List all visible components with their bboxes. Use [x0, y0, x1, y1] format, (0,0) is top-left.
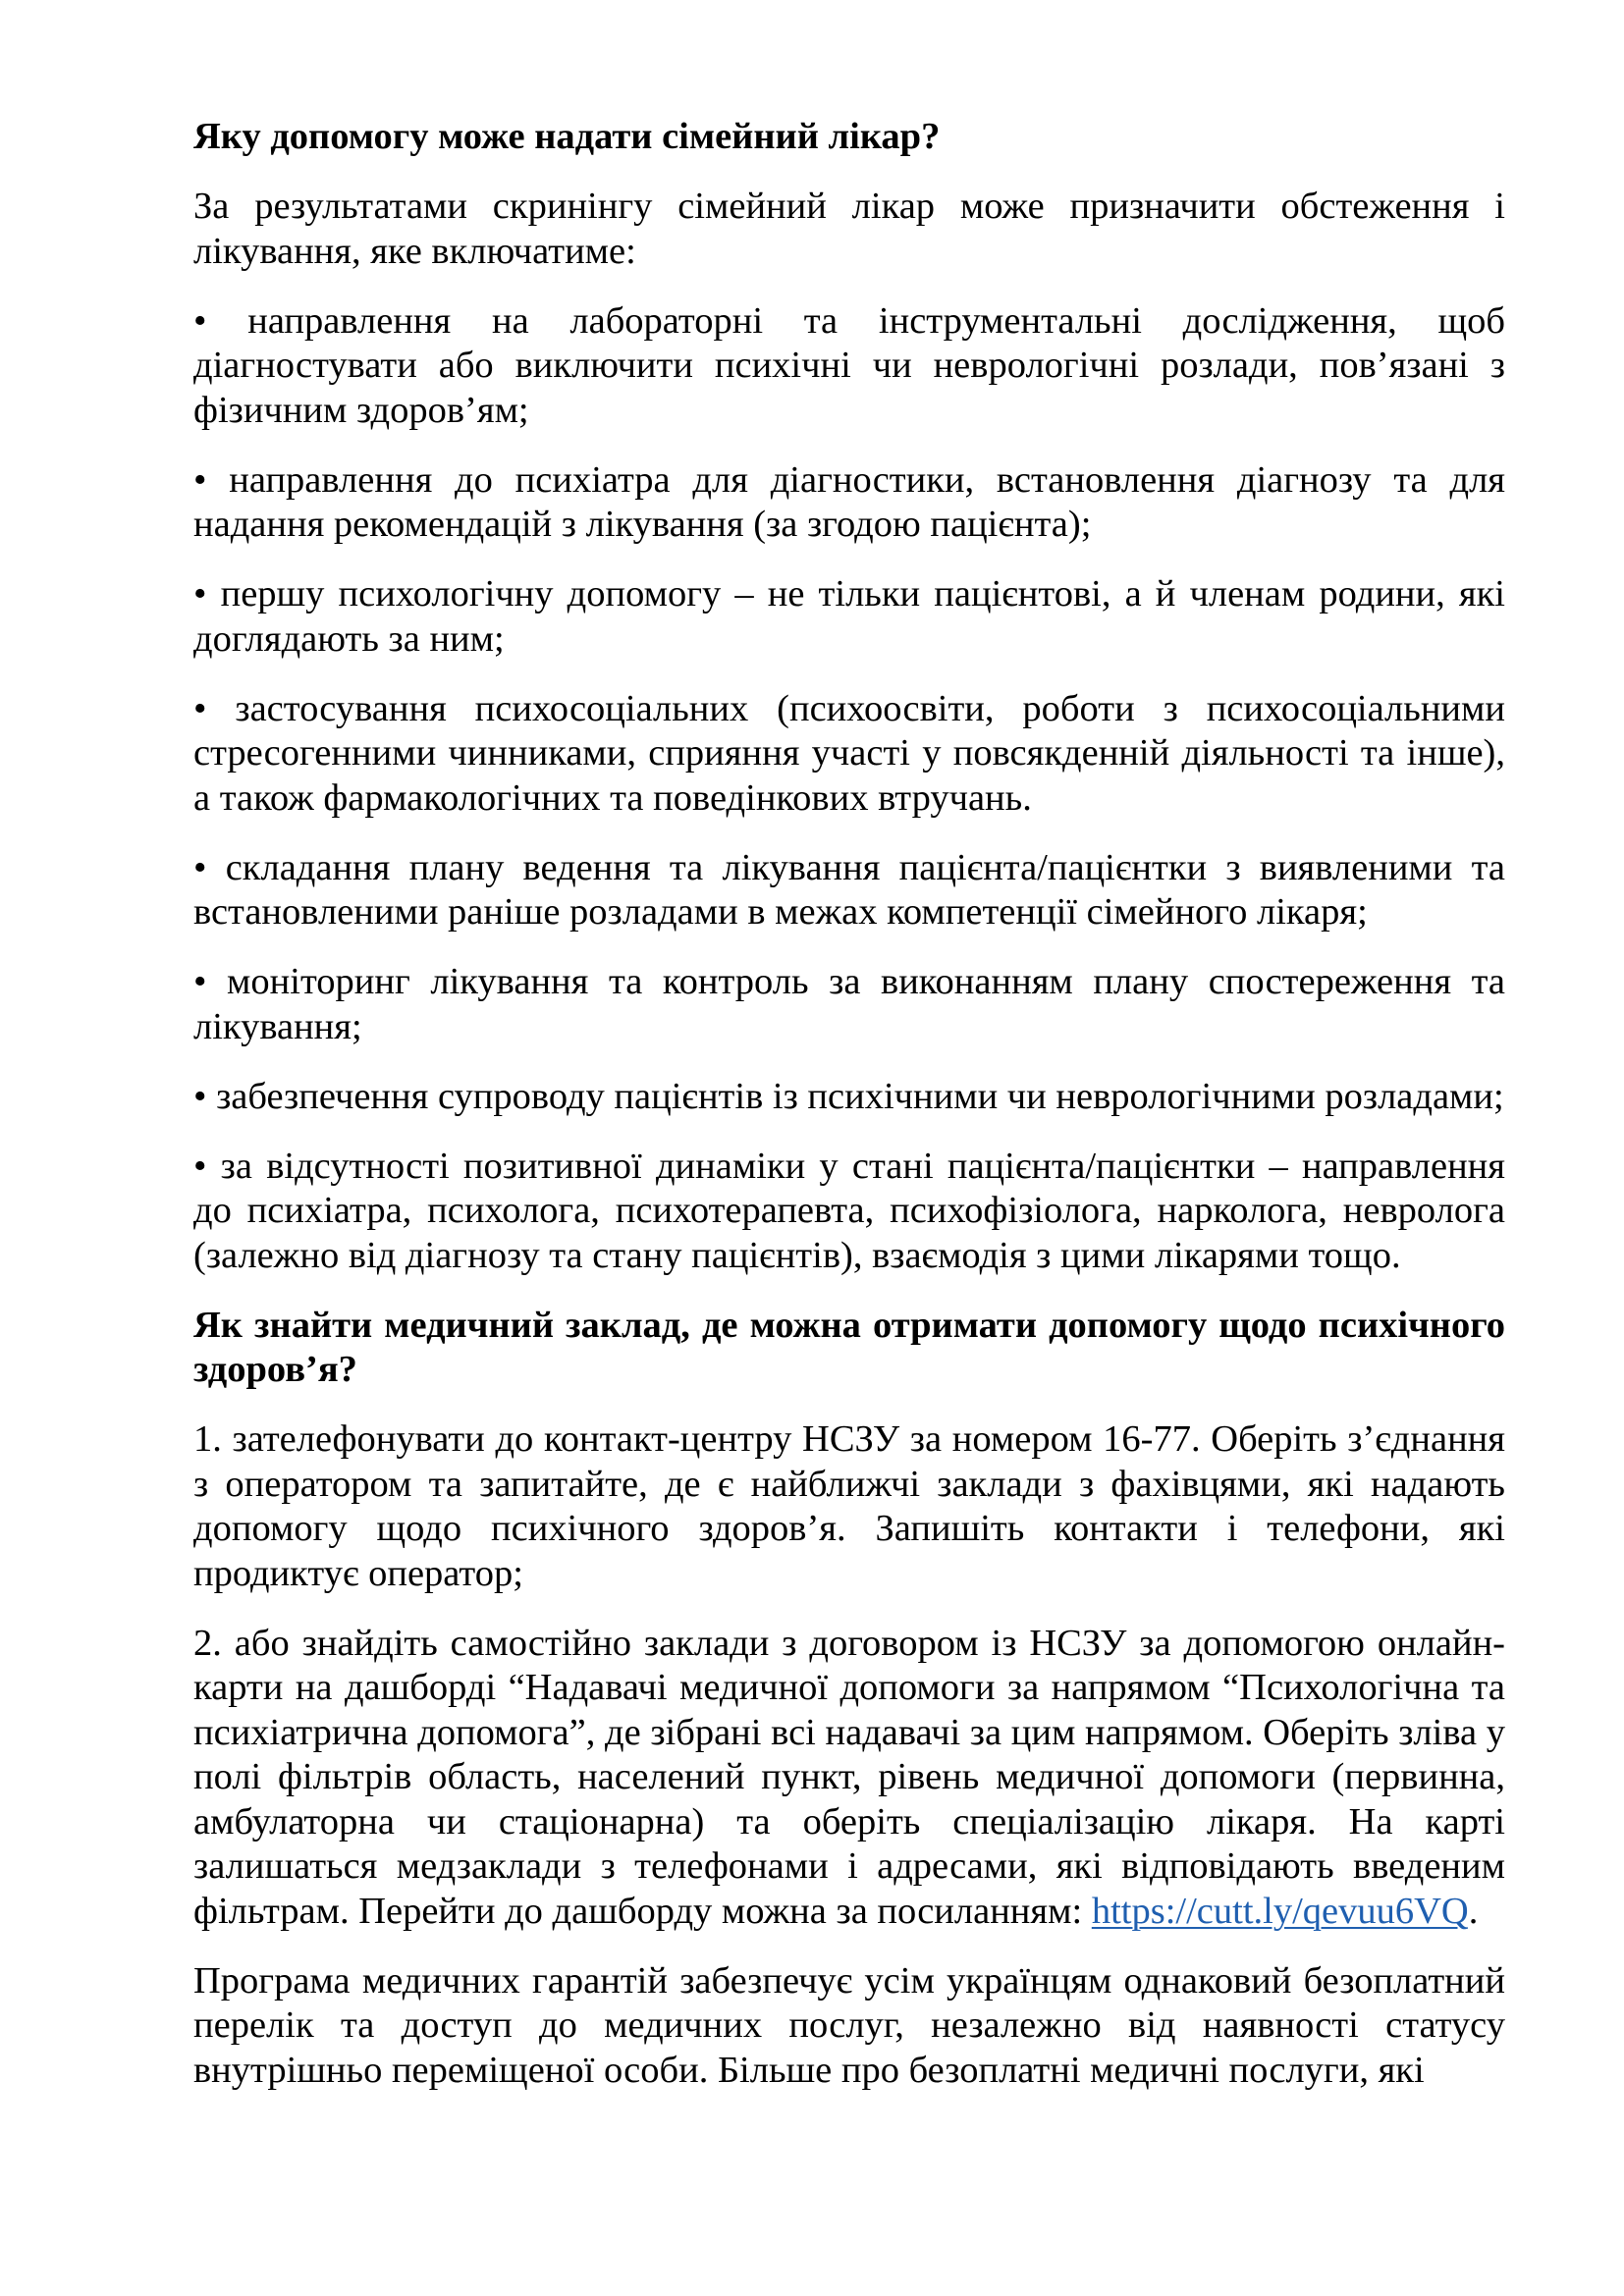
bullet-item: • направлення на лабораторні та інструме…: [193, 299, 1505, 434]
closing-paragraph: Програма медичних гарантій забезпечує ус…: [193, 1959, 1505, 2094]
section-heading-family-doctor-help: Яку допомогу може надати сімейний лікар?: [193, 115, 1505, 160]
bullet-item: • першу психологічну допомогу – не тільк…: [193, 572, 1505, 662]
step-1-paragraph: 1. зателефонувати до контакт-центру НСЗУ…: [193, 1417, 1505, 1596]
step-2-paragraph: 2. або знайдіть самостійно заклади з дог…: [193, 1622, 1505, 1935]
step-2-period: .: [1469, 1891, 1479, 1932]
section-heading-find-facility: Як знайти медичний заклад, де можна отри…: [193, 1304, 1505, 1393]
bullet-item: • моніторинг лікування та контроль за ви…: [193, 960, 1505, 1049]
dashboard-link[interactable]: https://cutt.ly/qevuu6VQ: [1092, 1891, 1469, 1932]
bullet-item: • направлення до психіатра для діагности…: [193, 458, 1505, 548]
document-page: Яку допомогу може надати сімейний лікар?…: [193, 115, 1505, 2093]
bullet-item: • застосування психосоціальних (психоосв…: [193, 687, 1505, 822]
step-2-text: 2. або знайдіть самостійно заклади з дог…: [193, 1623, 1505, 1932]
bullet-item: • забезпечення супроводу пацієнтів із пс…: [193, 1075, 1505, 1120]
bullet-item: • складання плану ведення та лікування п…: [193, 846, 1505, 935]
bullet-item: • за відсутності позитивної динаміки у с…: [193, 1145, 1505, 1279]
intro-paragraph: За результатами скринінгу сімейний лікар…: [193, 185, 1505, 274]
